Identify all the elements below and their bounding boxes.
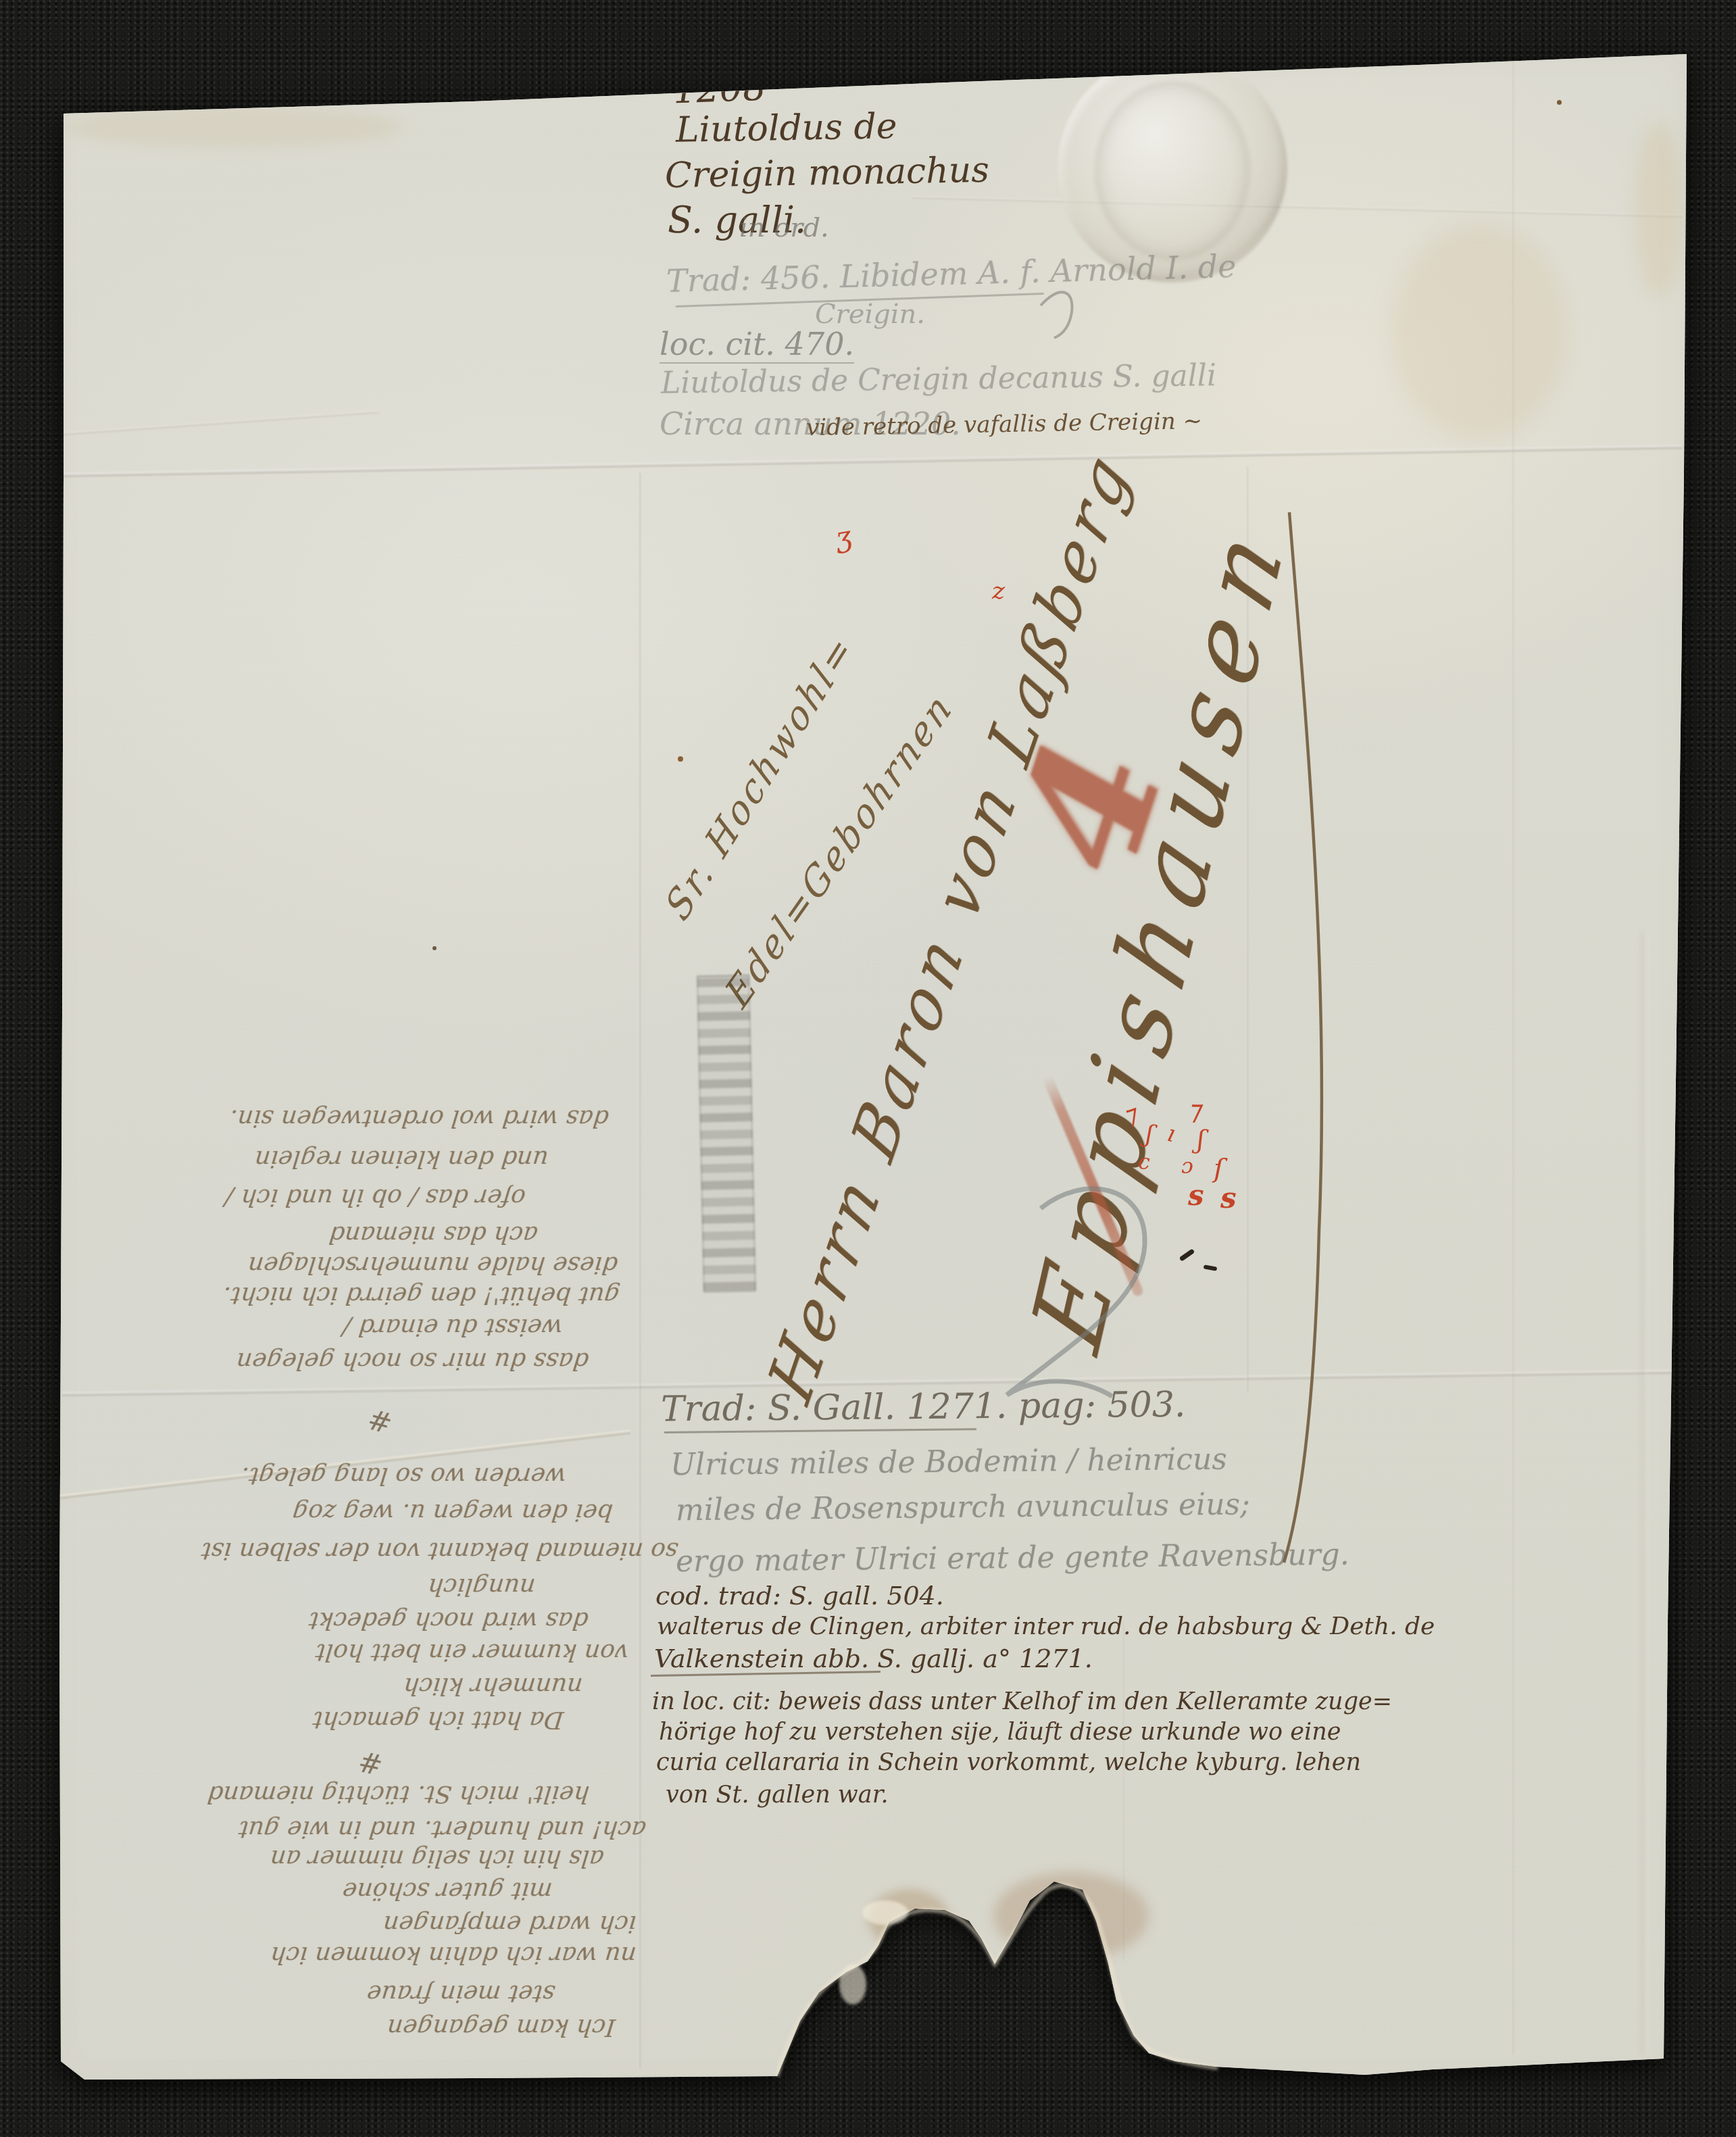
tear-fringe xyxy=(0,0,1736,2137)
photograph-scene: 1208 Liutoldus de Creigin monachus S. ga… xyxy=(0,0,1736,2137)
